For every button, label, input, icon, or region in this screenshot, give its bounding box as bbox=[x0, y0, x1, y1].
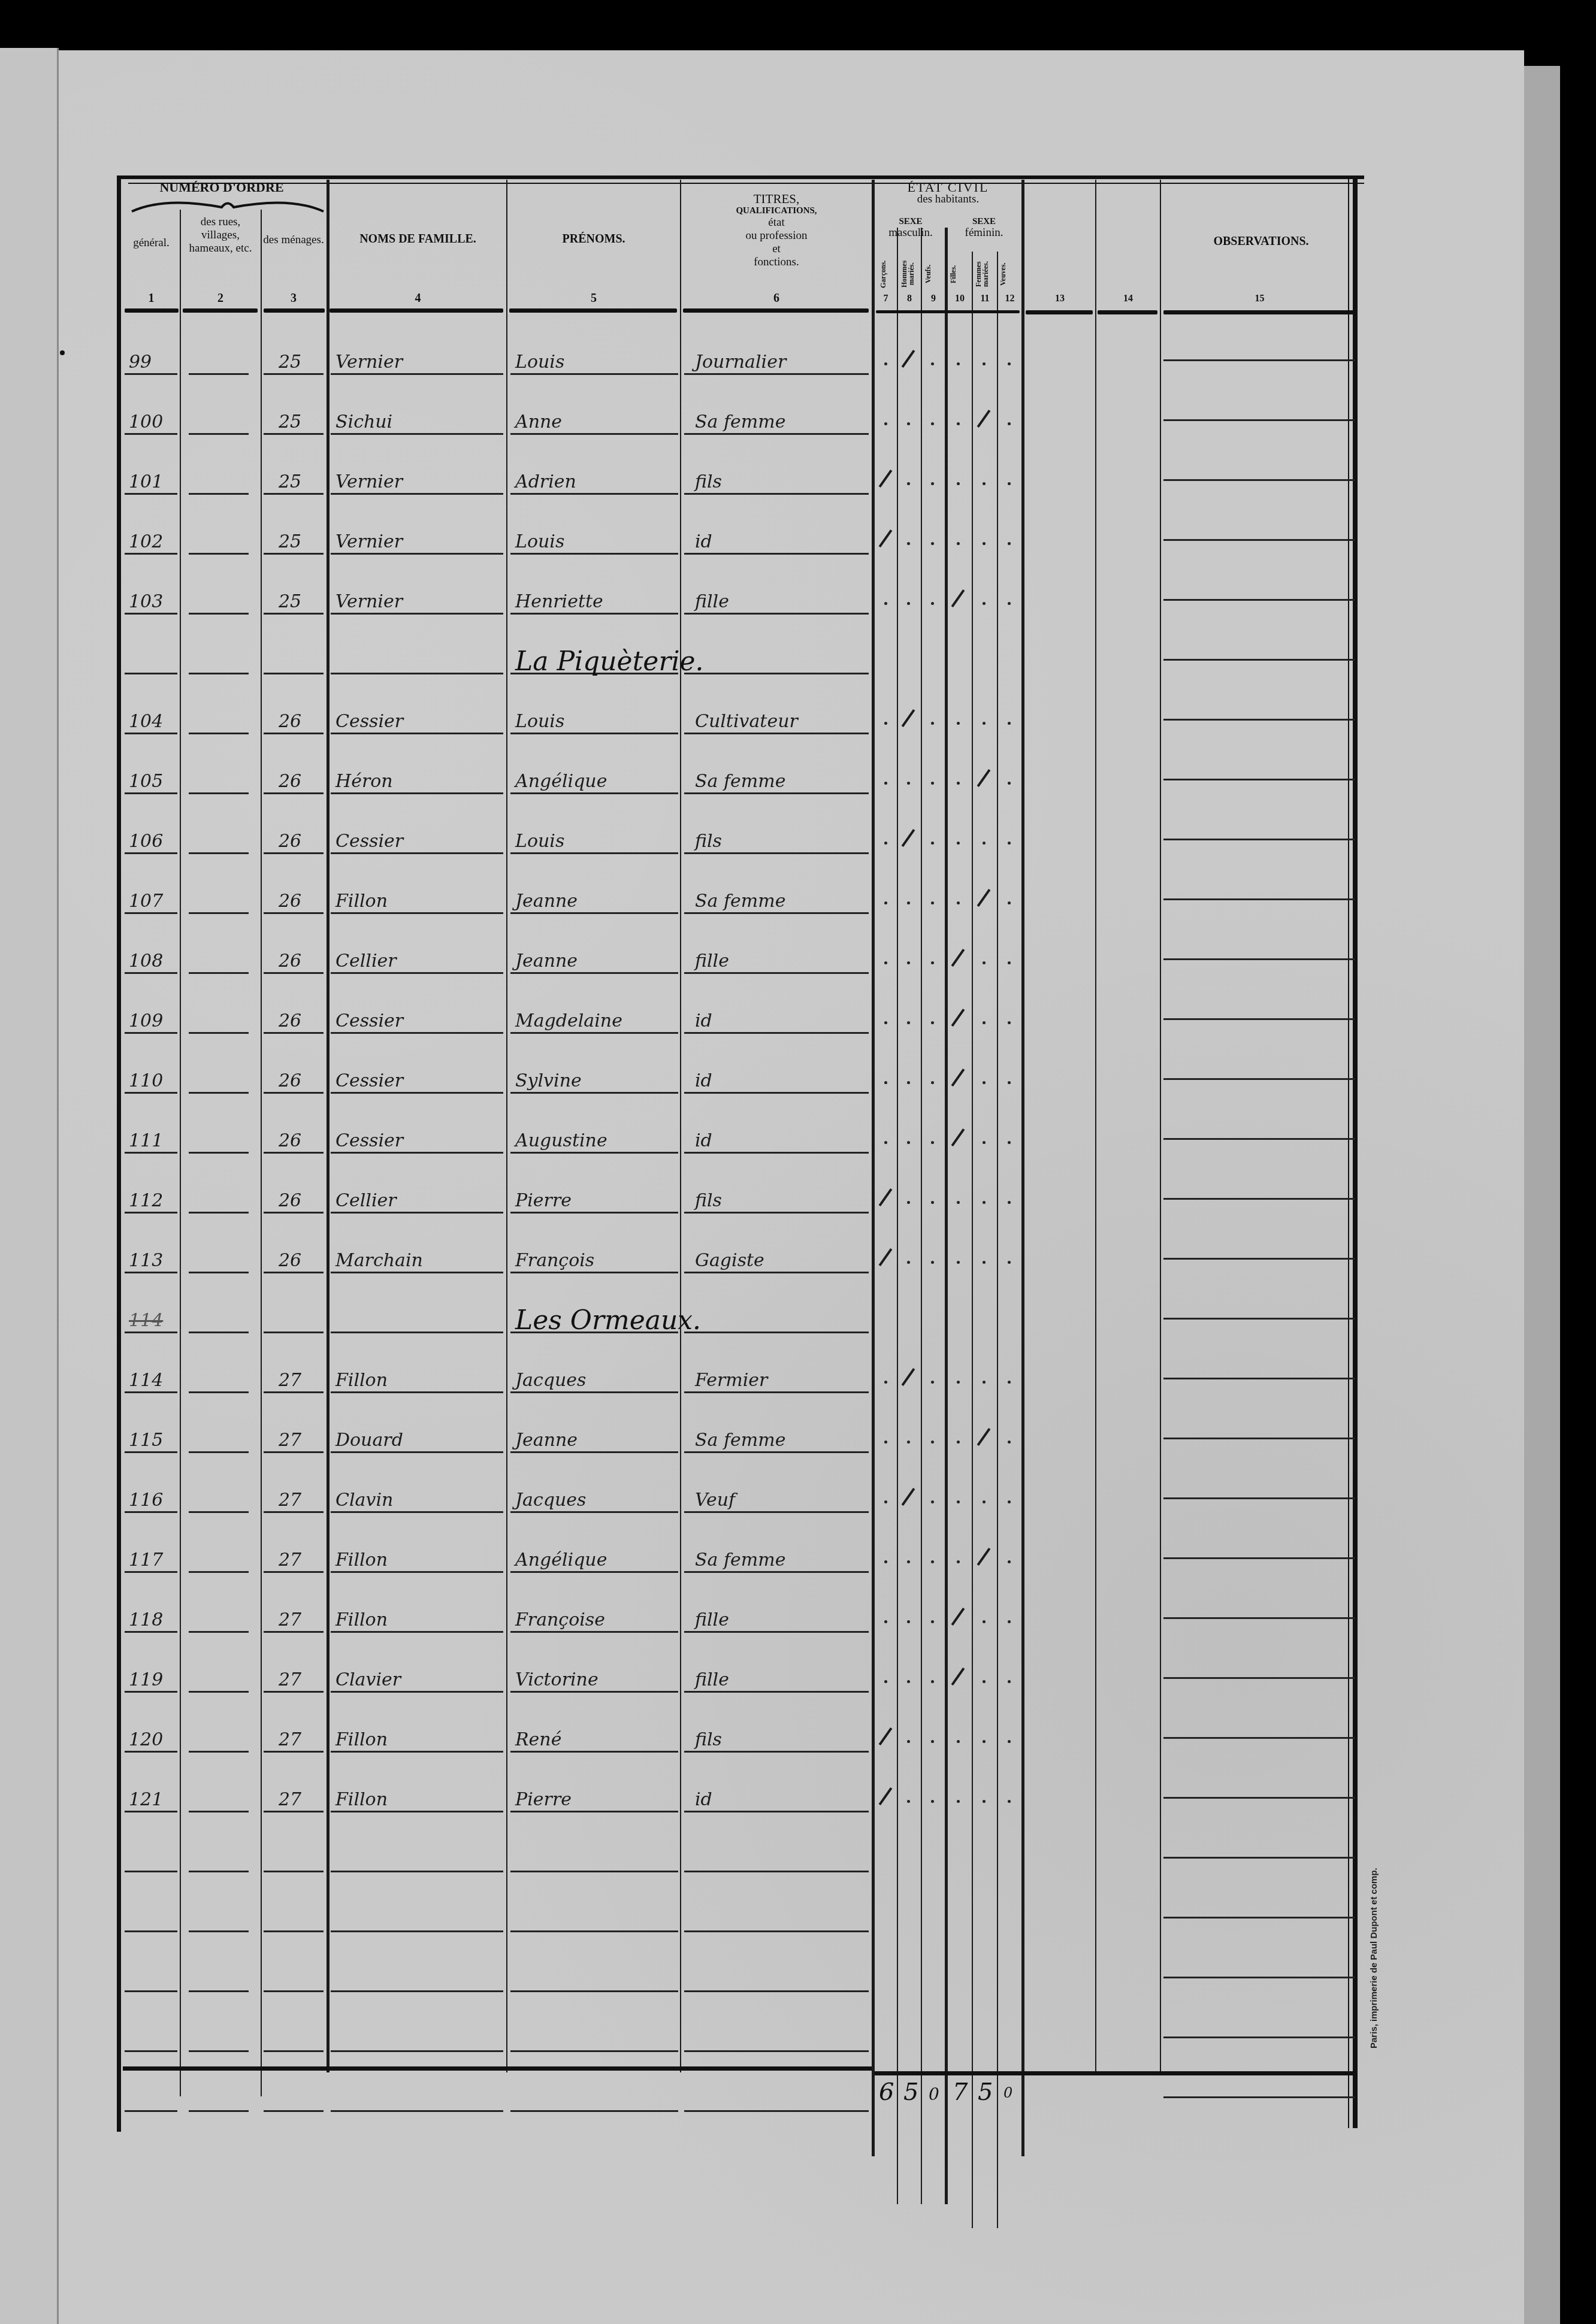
dot-col8 bbox=[907, 782, 910, 785]
rule-titre bbox=[684, 1631, 869, 1633]
dot-col9 bbox=[931, 842, 934, 845]
rule-prenom bbox=[510, 1032, 678, 1034]
dot-col9 bbox=[931, 602, 934, 605]
rule-observations bbox=[1163, 479, 1355, 481]
rule-general bbox=[125, 792, 177, 794]
menage-number: 26 bbox=[279, 1130, 301, 1151]
dot-col9 bbox=[931, 782, 934, 785]
table-row: 11527DouardJeanneSa femme bbox=[0, 1402, 1596, 1461]
dot-col8 bbox=[907, 901, 910, 904]
rule-general bbox=[125, 1272, 177, 1273]
table-row: 11927ClavierVictorinefille bbox=[0, 1641, 1596, 1701]
rule-observations bbox=[1163, 898, 1355, 900]
menage-number: 27 bbox=[279, 1789, 301, 1810]
menage-number: 26 bbox=[279, 831, 301, 852]
rule-general bbox=[125, 1751, 177, 1753]
menage-number: 26 bbox=[279, 1010, 301, 1031]
title-profession: Journalier bbox=[695, 352, 786, 373]
dot-col12 bbox=[1008, 422, 1011, 425]
section-title: Les Ormeaux. bbox=[515, 1305, 701, 1336]
first-name: Louis bbox=[515, 711, 564, 732]
first-name: Jacques bbox=[515, 1370, 586, 1391]
rule-prenom bbox=[510, 1751, 678, 1753]
dot-col10 bbox=[957, 782, 960, 785]
dot-col7 bbox=[884, 422, 887, 425]
first-name: Magdelaine bbox=[515, 1010, 622, 1031]
dot-col7 bbox=[884, 1141, 887, 1144]
first-name: Victorine bbox=[515, 1669, 598, 1690]
general-number: 114 bbox=[129, 1370, 163, 1391]
rule-rues bbox=[189, 613, 249, 615]
rule-rues bbox=[189, 673, 249, 674]
dot-col8 bbox=[907, 1201, 910, 1204]
rule-general bbox=[125, 433, 177, 435]
rule-menage bbox=[264, 972, 324, 974]
rule-rues bbox=[189, 1451, 249, 1453]
dot-col11 bbox=[983, 542, 986, 545]
rule-observations bbox=[1163, 1497, 1355, 1499]
general-number: 103 bbox=[129, 591, 163, 612]
rule-general bbox=[125, 733, 177, 734]
tally-mark-col7 bbox=[879, 1787, 893, 1805]
general-number: 115 bbox=[129, 1430, 163, 1451]
rule-observations bbox=[1163, 1198, 1355, 1200]
menage-number: 27 bbox=[279, 1669, 301, 1690]
rule-general bbox=[125, 613, 177, 615]
dot-col11 bbox=[983, 1141, 986, 1144]
rule-nom bbox=[331, 1751, 503, 1753]
rule-general bbox=[125, 553, 177, 555]
dot-col12 bbox=[1008, 1141, 1011, 1144]
rule-nom bbox=[331, 733, 503, 734]
tally-mark-col10 bbox=[951, 1069, 965, 1087]
rule-observations bbox=[1163, 2096, 1355, 2098]
rule-rues bbox=[189, 972, 249, 974]
dot-col12 bbox=[1008, 1680, 1011, 1683]
rule-menage bbox=[264, 912, 324, 914]
title-profession: Cultivateur bbox=[695, 711, 798, 732]
menage-number: 27 bbox=[279, 1550, 301, 1570]
header-etat-civil-sub: des habitants. bbox=[875, 193, 1021, 206]
dot-col12 bbox=[1008, 1800, 1011, 1803]
rule-menage bbox=[264, 1152, 324, 1154]
dot-col7 bbox=[884, 1680, 887, 1683]
row-rule bbox=[510, 1990, 678, 1992]
rule-menage bbox=[264, 1451, 324, 1453]
rule-menage bbox=[264, 433, 324, 435]
title-profession: fils bbox=[695, 831, 722, 852]
family-name: Fillon bbox=[335, 1370, 388, 1391]
printer-credit: Paris, imprimerie de Paul Dupont et comp… bbox=[1369, 1689, 1379, 2048]
title-profession: fille bbox=[695, 951, 729, 972]
rule-titre bbox=[684, 852, 869, 854]
general-number: 113 bbox=[129, 1250, 163, 1271]
dot-col11 bbox=[983, 482, 986, 485]
dot-col12 bbox=[1008, 1620, 1011, 1623]
rule-observations bbox=[1163, 1977, 1355, 1978]
rule-nom bbox=[331, 673, 503, 674]
rule-titre bbox=[684, 673, 869, 674]
rule-nom bbox=[331, 1092, 503, 1094]
rule-prenom bbox=[510, 1212, 678, 1214]
rule-general bbox=[125, 1811, 177, 1812]
empty-row bbox=[0, 2001, 1596, 2060]
dot-col11 bbox=[983, 722, 986, 725]
dot-col10 bbox=[957, 842, 960, 845]
rule-observations bbox=[1163, 839, 1355, 840]
total-veuves: 0 bbox=[1003, 2084, 1012, 2101]
dot-col12 bbox=[1008, 1740, 1011, 1743]
first-name: Henriette bbox=[515, 591, 603, 612]
rule-nom bbox=[331, 373, 503, 375]
general-number: 108 bbox=[129, 951, 163, 972]
family-name: Cellier bbox=[335, 1190, 397, 1211]
title-profession: id bbox=[695, 1010, 712, 1031]
dot-col9 bbox=[931, 1500, 934, 1503]
dot-col8 bbox=[907, 1680, 910, 1683]
table-row: 10325VernierHenriettefille bbox=[0, 563, 1596, 623]
table-row: 11727FillonAngéliqueSa femme bbox=[0, 1521, 1596, 1581]
rule-general bbox=[125, 1152, 177, 1154]
general-number: 119 bbox=[129, 1669, 163, 1690]
dot-col8 bbox=[907, 1560, 910, 1563]
rule-observations bbox=[1163, 359, 1355, 361]
rule-menage bbox=[264, 553, 324, 555]
dot-col12 bbox=[1008, 362, 1011, 365]
family-name: Fillon bbox=[335, 1729, 388, 1750]
row-rule bbox=[125, 1930, 177, 1932]
rule-observations bbox=[1163, 1737, 1355, 1739]
header-numero-ordre: NUMÉRO D'ORDRE bbox=[120, 180, 324, 195]
rule-titre bbox=[684, 1451, 869, 1453]
rule-nom bbox=[331, 433, 503, 435]
dot-col11 bbox=[983, 1740, 986, 1743]
dot-col10 bbox=[957, 1560, 960, 1563]
family-name: Vernier bbox=[335, 471, 403, 492]
table-bottom-rule bbox=[123, 2066, 872, 2071]
tally-mark-col11 bbox=[977, 410, 991, 428]
title-profession: Veuf bbox=[695, 1490, 735, 1511]
title-profession: Sa femme bbox=[695, 1550, 785, 1570]
family-name: Fillon bbox=[335, 1550, 388, 1570]
rule-general bbox=[125, 1571, 177, 1573]
rule-rues bbox=[189, 1032, 249, 1034]
title-profession: fils bbox=[695, 471, 722, 492]
title-profession: Sa femme bbox=[695, 411, 785, 432]
rule-titre bbox=[684, 1272, 869, 1273]
rule-prenom bbox=[510, 1691, 678, 1693]
rule-nom bbox=[331, 852, 503, 854]
tally-mark-col8 bbox=[902, 1488, 915, 1506]
dot-col8 bbox=[907, 1261, 910, 1264]
rule-rues bbox=[189, 433, 249, 435]
dot-col8 bbox=[907, 482, 910, 485]
tally-mark-col7 bbox=[879, 1188, 893, 1206]
row-rule bbox=[510, 2050, 678, 2052]
table-row: 10025SichuiAnneSa femme bbox=[0, 383, 1596, 443]
rule-nom bbox=[331, 1511, 503, 1513]
menage-number: 27 bbox=[279, 1490, 301, 1511]
dot-col10 bbox=[957, 722, 960, 725]
first-name: Jeanne bbox=[515, 951, 578, 972]
rule-menage bbox=[264, 792, 324, 794]
total-hommes-maries: 5 bbox=[903, 2078, 918, 2106]
rule-general bbox=[125, 1032, 177, 1034]
first-name: Adrien bbox=[515, 471, 576, 492]
rule-prenom bbox=[510, 1511, 678, 1513]
dot-col9 bbox=[931, 542, 934, 545]
rule-general bbox=[125, 373, 177, 375]
header-general: général. bbox=[123, 237, 180, 250]
rule-prenom bbox=[510, 1092, 678, 1094]
title-profession: fille bbox=[695, 591, 729, 612]
rule-observations bbox=[1163, 1438, 1355, 1439]
rule-rues bbox=[189, 553, 249, 555]
total-garcons: 6 bbox=[879, 2078, 894, 2106]
table-row: 10926CessierMagdelaineid bbox=[0, 982, 1596, 1042]
header-noms: NOMS DE FAMILLE. bbox=[330, 232, 506, 246]
rule-general bbox=[125, 1391, 177, 1393]
rule-general bbox=[125, 912, 177, 914]
rule-prenom bbox=[510, 1272, 678, 1273]
rule-titre bbox=[684, 1391, 869, 1393]
rule-prenom bbox=[510, 1391, 678, 1393]
menage-number: 26 bbox=[279, 891, 301, 912]
rule-titre bbox=[684, 972, 869, 974]
dot-col11 bbox=[983, 1261, 986, 1264]
tally-mark-col10 bbox=[951, 589, 965, 607]
general-number: 99 bbox=[129, 352, 152, 373]
dot-col12 bbox=[1008, 901, 1011, 904]
table-row: 11827FillonFrançoisefille bbox=[0, 1581, 1596, 1641]
general-number: 111 bbox=[129, 1130, 163, 1151]
rule-nom bbox=[331, 912, 503, 914]
row-rule bbox=[189, 2110, 249, 2112]
rule-general bbox=[125, 673, 177, 674]
rule-rues bbox=[189, 1212, 249, 1214]
family-name: Cessier bbox=[335, 1010, 403, 1031]
rule-titre bbox=[684, 1212, 869, 1214]
total-filles: 7 bbox=[953, 2078, 968, 2106]
dot-col7 bbox=[884, 1021, 887, 1024]
header-sexe-f: SEXE bbox=[947, 217, 1021, 227]
table-row: 12127FillonPierreid bbox=[0, 1761, 1596, 1821]
dot-col9 bbox=[931, 1261, 934, 1264]
rule-nom bbox=[331, 792, 503, 794]
row-rule bbox=[510, 2110, 678, 2112]
rule-nom bbox=[331, 1691, 503, 1693]
rule-rues bbox=[189, 493, 249, 495]
rule-observations bbox=[1163, 1078, 1355, 1080]
rule-nom bbox=[331, 1332, 503, 1333]
table-row: 10125VernierAdrienfils bbox=[0, 443, 1596, 503]
rule-menage bbox=[264, 673, 324, 674]
first-name: Jacques bbox=[515, 1490, 586, 1511]
rule-menage bbox=[264, 1092, 324, 1094]
dot-col7 bbox=[884, 1441, 887, 1444]
row-rule bbox=[264, 1990, 324, 1992]
dot-col12 bbox=[1008, 722, 1011, 725]
dot-col12 bbox=[1008, 1261, 1011, 1264]
dot-col12 bbox=[1008, 542, 1011, 545]
rule-menage bbox=[264, 1691, 324, 1693]
menage-number: 27 bbox=[279, 1729, 301, 1750]
rule-general bbox=[125, 972, 177, 974]
row-rule bbox=[125, 2050, 177, 2052]
rule-observations bbox=[1163, 1857, 1355, 1859]
title-profession: id bbox=[695, 1130, 712, 1151]
rule-prenom bbox=[510, 1571, 678, 1573]
dot-col7 bbox=[884, 1620, 887, 1623]
rule-nom bbox=[331, 1152, 503, 1154]
first-name: Jeanne bbox=[515, 1430, 578, 1451]
dot-col10 bbox=[957, 362, 960, 365]
rule-titre bbox=[684, 1332, 869, 1333]
dot-col10 bbox=[957, 1381, 960, 1384]
header-veufs: Veufs. bbox=[924, 255, 945, 293]
general-number: 102 bbox=[129, 531, 163, 552]
rule-observations bbox=[1163, 958, 1355, 960]
header-femmes-mariees: Femmes mariées. bbox=[975, 255, 995, 293]
family-name: Fillon bbox=[335, 1789, 388, 1810]
first-name: Louis bbox=[515, 352, 564, 373]
table-row: 10826CellierJeannefille bbox=[0, 922, 1596, 982]
dot-col7 bbox=[884, 961, 887, 964]
rule-prenom bbox=[510, 912, 678, 914]
first-name: Anne bbox=[515, 411, 562, 432]
dot-col7 bbox=[884, 362, 887, 365]
header-menages: des ménages. bbox=[262, 234, 325, 247]
tally-mark-col11 bbox=[977, 889, 991, 907]
dot-col11 bbox=[983, 362, 986, 365]
table-row: 10225VernierLouisid bbox=[0, 503, 1596, 563]
rule-rues bbox=[189, 1511, 249, 1513]
row-rule bbox=[684, 1930, 869, 1932]
dot-col12 bbox=[1008, 1441, 1011, 1444]
row-rule bbox=[125, 1990, 177, 1992]
row-rule bbox=[510, 1871, 678, 1872]
rule-observations bbox=[1163, 659, 1355, 661]
empty-row bbox=[0, 1821, 1596, 1881]
rule-observations bbox=[1163, 2036, 1355, 2038]
rule-titre bbox=[684, 1751, 869, 1753]
dot-col7 bbox=[884, 602, 887, 605]
dot-col11 bbox=[983, 1500, 986, 1503]
rule-titre bbox=[684, 493, 869, 495]
dot-col9 bbox=[931, 1021, 934, 1024]
rule-menage bbox=[264, 1212, 324, 1214]
row-rule bbox=[189, 1990, 249, 1992]
rule-nom bbox=[331, 553, 503, 555]
menage-number: 25 bbox=[279, 411, 301, 432]
dot-col7 bbox=[884, 1381, 887, 1384]
dot-col10 bbox=[957, 1201, 960, 1204]
rule-observations bbox=[1163, 419, 1355, 421]
rule-titre bbox=[684, 553, 869, 555]
menage-number: 26 bbox=[279, 1250, 301, 1271]
section-title: La Piquèterie. bbox=[515, 646, 704, 677]
rule-observations bbox=[1163, 719, 1355, 721]
table-row: 9925VernierLouisJournalier bbox=[0, 323, 1596, 383]
title-profession: Sa femme bbox=[695, 891, 785, 912]
rule-menage bbox=[264, 1631, 324, 1633]
rule-titre bbox=[684, 433, 869, 435]
first-name: Jeanne bbox=[515, 891, 578, 912]
brace-icon bbox=[129, 196, 327, 214]
dot-col12 bbox=[1008, 602, 1011, 605]
table-row: 10526HéronAngéliqueSa femme bbox=[0, 743, 1596, 803]
family-name: Cessier bbox=[335, 1070, 403, 1091]
dot-col11 bbox=[983, 1800, 986, 1803]
title-profession: fils bbox=[695, 1729, 722, 1750]
general-number: 121 bbox=[129, 1789, 163, 1810]
table-row: 11126CessierAugustineid bbox=[0, 1102, 1596, 1162]
first-name: Louis bbox=[515, 531, 564, 552]
table-row: 11427FillonJacquesFermier bbox=[0, 1342, 1596, 1402]
family-name: Sichui bbox=[335, 411, 392, 432]
rule-observations bbox=[1163, 1917, 1355, 1918]
general-number: 109 bbox=[129, 1010, 163, 1031]
rule-nom bbox=[331, 1391, 503, 1393]
dot-col8 bbox=[907, 1141, 910, 1144]
tally-mark-col7 bbox=[879, 1727, 893, 1745]
first-name: Pierre bbox=[515, 1190, 572, 1211]
rule-rues bbox=[189, 1152, 249, 1154]
rule-nom bbox=[331, 1032, 503, 1034]
dot-col9 bbox=[931, 422, 934, 425]
family-name: Douard bbox=[335, 1430, 403, 1451]
family-name: Cessier bbox=[335, 831, 403, 852]
rule-general bbox=[125, 1451, 177, 1453]
dot-col9 bbox=[931, 1560, 934, 1563]
row-rule bbox=[264, 2050, 324, 2052]
row-rule bbox=[331, 1990, 503, 1992]
general-number: 100 bbox=[129, 411, 163, 432]
row-rule bbox=[684, 1871, 869, 1872]
rule-rues bbox=[189, 1811, 249, 1812]
rule-rues bbox=[189, 1571, 249, 1573]
rule-observations bbox=[1163, 1797, 1355, 1799]
family-name: Vernier bbox=[335, 591, 403, 612]
rule-general bbox=[125, 1332, 177, 1333]
rule-prenom bbox=[510, 1451, 678, 1453]
rule-general bbox=[125, 493, 177, 495]
header-titres: TITRES, QUALIFICATIONS, état ou professi… bbox=[681, 192, 872, 269]
rule-prenom bbox=[510, 1152, 678, 1154]
family-name: Fillon bbox=[335, 1609, 388, 1630]
rule-observations bbox=[1163, 599, 1355, 601]
header-masculin: masculin. bbox=[875, 226, 947, 240]
rule-menage bbox=[264, 852, 324, 854]
row-rule bbox=[189, 1871, 249, 1872]
row-rule bbox=[125, 1871, 177, 1872]
rule-rues bbox=[189, 733, 249, 734]
rule-rues bbox=[189, 1272, 249, 1273]
family-name: Héron bbox=[335, 771, 393, 792]
rule-titre bbox=[684, 792, 869, 794]
rule-prenom bbox=[510, 613, 678, 615]
rule-titre bbox=[684, 1032, 869, 1034]
rule-titre bbox=[684, 613, 869, 615]
family-name: Cellier bbox=[335, 951, 397, 972]
dot-col7 bbox=[884, 1081, 887, 1084]
row-rule bbox=[264, 1871, 324, 1872]
title-profession: Sa femme bbox=[695, 1430, 785, 1451]
dot-col7 bbox=[884, 842, 887, 845]
rule-menage bbox=[264, 1811, 324, 1812]
dot-col10 bbox=[957, 1500, 960, 1503]
row-rule bbox=[684, 2050, 869, 2052]
